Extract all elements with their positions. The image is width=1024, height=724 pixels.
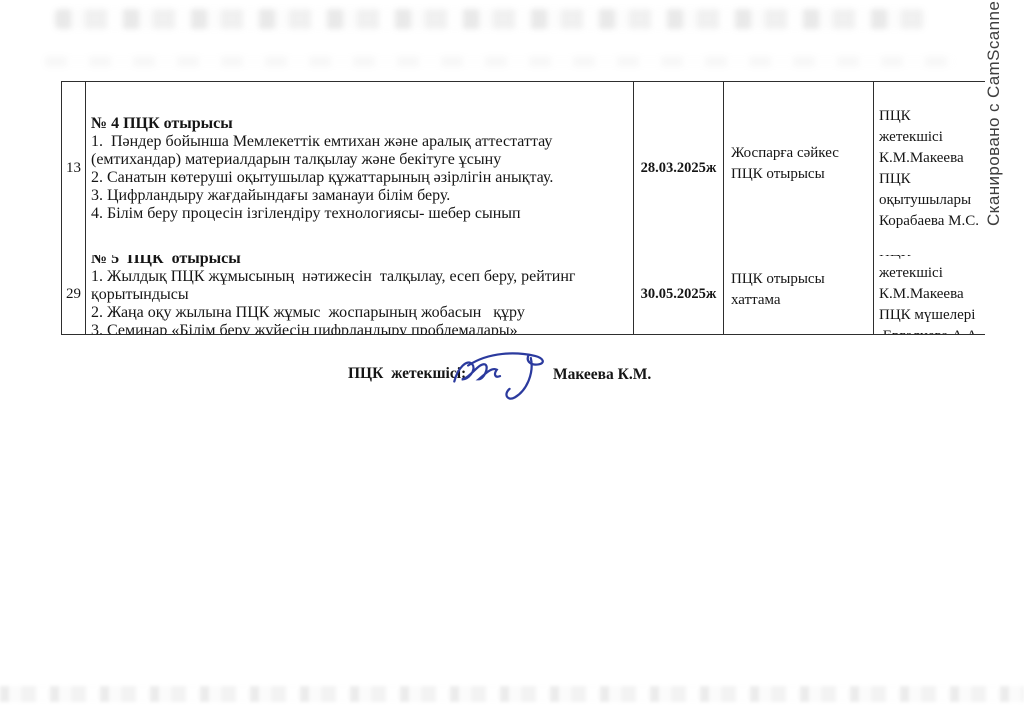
responsible-line: К.М.Макеева bbox=[879, 284, 982, 305]
camscanner-watermark: Сканировано с CamScanner bbox=[984, 14, 1004, 226]
form-line: ПЦК отырысы bbox=[731, 164, 869, 185]
responsible-line: ПЦК жетекшісі bbox=[879, 255, 982, 284]
row-13-agenda-cell: № 4 ПЦК отырысы 1. Пәндер бойынша Мемлек… bbox=[86, 82, 634, 255]
meeting-date: 30.05.2025ж bbox=[641, 286, 717, 303]
meeting-title: № 4 ПЦК отырысы bbox=[91, 115, 625, 133]
row-13-form-cell: Жоспарға сәйкес ПЦК отырысы bbox=[724, 82, 874, 255]
scan-bleedthrough-artifact bbox=[45, 56, 955, 67]
row-number: 13 bbox=[66, 160, 81, 177]
scan-edge-artifact bbox=[0, 686, 1024, 702]
row-29-agenda-cell: № 5 ПЦК отырысы 1. Жылдық ПЦК жұмысының … bbox=[86, 255, 634, 334]
agenda-item: 1. Пәндер бойынша Мемлекеттік емтихан жә… bbox=[91, 133, 625, 169]
agenda-item: 2. Санатын көтеруші оқытушылар құжаттары… bbox=[91, 169, 625, 187]
scan-bleedthrough-artifact bbox=[55, 9, 925, 29]
row-number: 29 bbox=[66, 286, 81, 303]
agenda-item: 2. Жаңа оқу жылына ПЦК жұмыс жоспарының … bbox=[91, 304, 625, 322]
form-line: ПЦК отырысы bbox=[731, 269, 869, 290]
agenda-item: 3. Цифрландыру жағдайындағы заманауи біл… bbox=[91, 187, 625, 205]
row-29-form-cell: ПЦК отырысы хаттама bbox=[724, 255, 874, 334]
meeting-plan-table: 13 № 4 ПЦК отырысы 1. Пәндер бойынша Мем… bbox=[61, 81, 985, 335]
responsible-line: Корабаева М.С. bbox=[879, 211, 982, 232]
row-13-responsible-cell: ПЦК жетекшісі К.М.Макеева ПЦК оқытушылар… bbox=[874, 82, 984, 255]
meeting-date: 28.03.2025ж bbox=[641, 160, 717, 177]
responsible-line: ПЦК мүшелері bbox=[879, 305, 982, 326]
row-13-date-cell: 28.03.2025ж bbox=[634, 82, 724, 255]
agenda-item: 3. Семинар «Білім беру жүйесін цифрланды… bbox=[91, 322, 625, 335]
responsible-line: К.М.Макеева bbox=[879, 148, 982, 169]
agenda-item: 1. Жылдық ПЦК жұмысының нәтижесін талқыл… bbox=[91, 268, 625, 304]
responsible-line: оқытушылары bbox=[879, 190, 982, 211]
meeting-title: № 5 ПЦК отырысы bbox=[91, 255, 625, 268]
row-29-responsible-cell: ПЦК жетекшісі К.М.Макеева ПЦК мүшелері Е… bbox=[874, 255, 984, 334]
handwritten-signature bbox=[449, 344, 551, 404]
scanned-document-page: 13 № 4 ПЦК отырысы 1. Пәндер бойынша Мем… bbox=[0, 0, 1024, 724]
responsible-line: ПЦК жетекшісі bbox=[879, 106, 982, 148]
form-line: Жоспарға сәйкес bbox=[731, 143, 869, 164]
responsible-line: ПЦК bbox=[879, 169, 982, 190]
form-line: хаттама bbox=[731, 290, 869, 311]
signature-name: Макеева К.М. bbox=[553, 366, 651, 384]
responsible-line: Ергалиева А.А. bbox=[879, 326, 982, 334]
row-29-number-cell: 29 bbox=[62, 255, 86, 334]
agenda-item: 4. Білім беру процесін ізгілендіру техно… bbox=[91, 205, 625, 223]
row-29-date-cell: 30.05.2025ж bbox=[634, 255, 724, 334]
row-13-number-cell: 13 bbox=[62, 82, 86, 255]
